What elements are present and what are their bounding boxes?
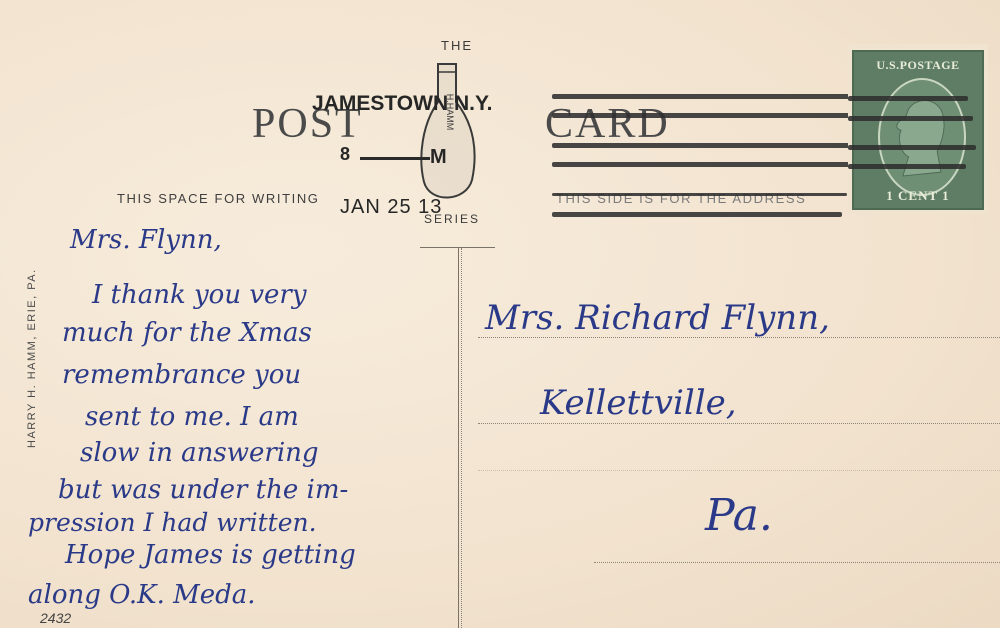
address-name: Mrs. Richard Flynn,: [485, 298, 830, 338]
address-line: [478, 470, 1000, 471]
cancel-bar: [552, 193, 847, 196]
writing-space-label: THIS SPACE FOR WRITING: [117, 191, 320, 206]
address-line: [478, 423, 1000, 424]
address-town: Kellettville,: [540, 383, 737, 423]
message-line: pression I had written.: [28, 508, 317, 537]
message-line: slow in answering: [80, 438, 319, 468]
message-line: I thank you very: [92, 280, 307, 310]
postmark-ampm: M: [430, 146, 447, 169]
postage-stamp: U.S.POSTAGE 1 CENT 1: [848, 44, 988, 214]
message-line: along O.K. Meda.: [28, 580, 256, 610]
stamp-top-text: U.S.POSTAGE: [854, 58, 982, 73]
cancel-bar: [552, 212, 842, 217]
message-line: remembrance you: [62, 360, 301, 390]
publisher-imprint: HARRY H. HAMM, ERIE, PA.: [26, 268, 38, 448]
message-line: but was under the im-: [58, 475, 348, 505]
message-line: Mrs. Flynn,: [70, 225, 222, 255]
cancel-bar: [848, 116, 973, 121]
card-word: CARD: [545, 100, 670, 148]
cancel-bar: [848, 96, 968, 101]
bottle-logo-icon: H.HAMM: [416, 62, 478, 210]
divider-vertical: [458, 248, 462, 628]
postmark-hour: 8: [340, 144, 350, 165]
address-line: [594, 562, 1000, 563]
cancel-bar: [848, 145, 976, 150]
card-number: 2432: [40, 610, 71, 626]
postmark-dash: [360, 157, 430, 160]
postcard-back: THE POST CARD THIS SPACE FOR WRITING THI…: [0, 0, 1000, 628]
message-line: sent to me. I am: [85, 402, 299, 432]
message-line: much for the Xmas: [62, 318, 312, 348]
postmark-date: JAN 25 13: [340, 196, 442, 219]
stamp-bottom-text: 1 CENT 1: [854, 188, 982, 204]
the-label: THE: [441, 38, 473, 53]
cancel-bar: [848, 164, 966, 169]
address-state: Pa.: [705, 490, 773, 541]
message-line: Hope James is getting: [65, 540, 356, 570]
postmark-city: JAMESTOWN N.Y.: [312, 92, 492, 116]
